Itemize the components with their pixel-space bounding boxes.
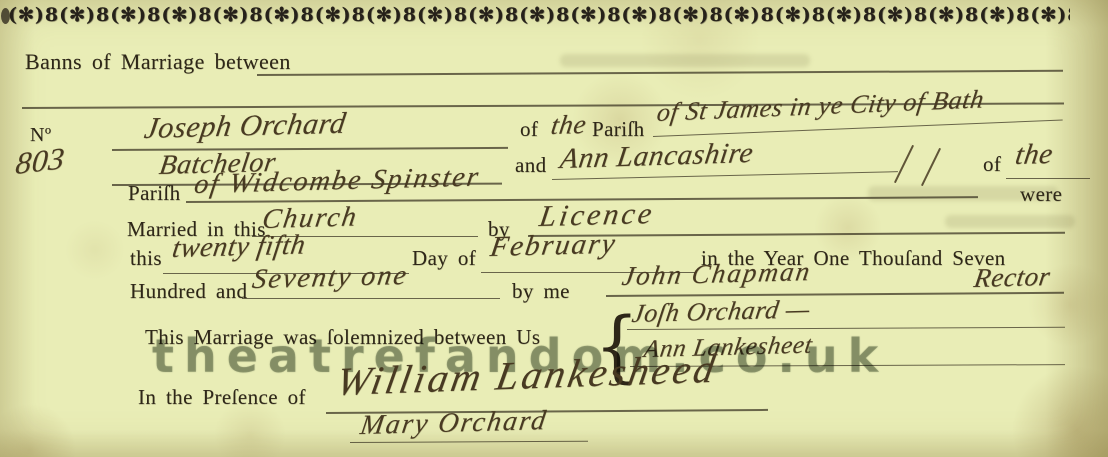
- and-label: and: [515, 153, 547, 178]
- groom-signature-handwritten: Joſh Orchard —: [630, 294, 812, 329]
- groom-name-handwritten: Joseph Orchard: [142, 107, 348, 146]
- were-label: were: [1020, 182, 1062, 207]
- bride-parish-handwritten: of Widcombe Spinster: [192, 162, 482, 201]
- this-label: this: [130, 246, 162, 271]
- day-written-handwritten: twenty fifth: [170, 230, 308, 265]
- year-written-handwritten: Seventy one: [250, 260, 410, 296]
- ink-speck: [1, 8, 10, 24]
- officiant-rule: [606, 292, 1064, 297]
- the-handwritten: the: [1013, 138, 1055, 172]
- bleed-through-smudge: [560, 54, 810, 67]
- witness2-handwritten: Mary Orchard: [358, 405, 550, 442]
- year-written-rule: [242, 298, 500, 299]
- pen-flourish: [894, 145, 914, 184]
- pen-flourish: [921, 148, 941, 187]
- form-title: Banns of Marriage between: [25, 49, 291, 75]
- hundred-and-label: Hundred and: [130, 279, 247, 304]
- parish-label: Pariſh: [592, 117, 645, 142]
- parish-register-scan: (✻)8(✻)8(✻)8(✻)8(✻)8(✻)8(✻)8(✻)8(✻)8(✻)8…: [0, 0, 1108, 457]
- parish-label: Pariſh: [128, 181, 181, 206]
- bleed-through-smudge: [945, 215, 1075, 228]
- by-me-label: by me: [512, 279, 570, 304]
- the-rule: [1006, 178, 1090, 179]
- officiant-name-handwritten: John Chapman: [620, 256, 814, 292]
- bride-name-handwritten: Ann Lancashire: [558, 137, 756, 176]
- the-handwritten: the: [549, 109, 589, 141]
- title-blank-rule: [257, 70, 1063, 76]
- officiant-title-handwritten: Rector: [972, 261, 1053, 294]
- month-handwritten: February: [488, 228, 619, 264]
- ornament-border: (✻)8(✻)8(✻)8(✻)8(✻)8(✻)8(✻)8(✻)8(✻)8(✻)8…: [8, 4, 1070, 32]
- groom-parish-handwritten: of St James in ye City of Bath: [655, 84, 986, 128]
- of-label: of: [983, 152, 1001, 177]
- witness2-rule: [350, 441, 588, 443]
- day-of-label: Day of: [412, 246, 476, 271]
- of-label: of: [520, 117, 538, 142]
- presence-label: In the Preſence of: [138, 385, 306, 410]
- entry-number-value: 803: [14, 140, 66, 182]
